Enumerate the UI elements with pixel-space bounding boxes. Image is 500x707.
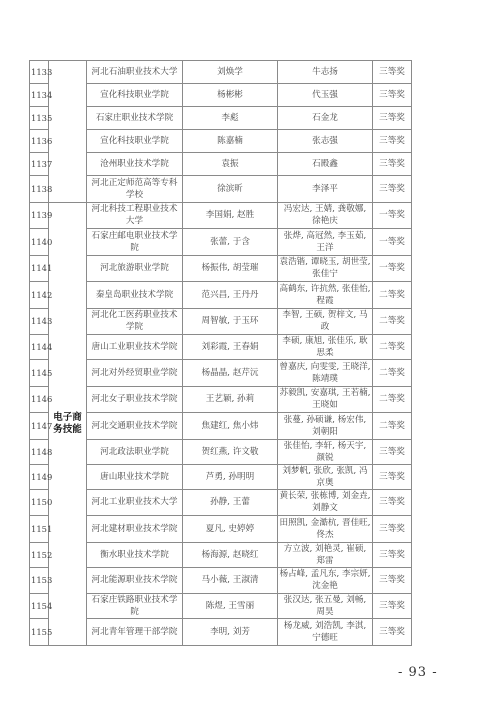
category-cell-empty (49, 61, 87, 203)
students-cell: 李智, 王硕, 贺梓文, 马政 (278, 308, 373, 335)
table-row: 1145 河北对外经贸职业学院 杨晶晶, 赵芹沅 曾嘉庆, 向雯雯, 王晓洋, … (30, 360, 412, 387)
award-cell: 三等奖 (373, 61, 412, 84)
row-id: 1148 (30, 439, 49, 464)
students-cell: 张烨, 高冠然, 李玉茹, 王洋 (278, 229, 373, 256)
row-id: 1143 (30, 308, 49, 335)
award-cell: 三等奖 (373, 619, 412, 646)
table-row: 1135 石家庄职业技术学院 李彪 石金龙 三等奖 (30, 107, 412, 130)
advisors-cell: 李明, 刘芳 (183, 619, 278, 646)
students-cell: 田照凯, 金澔杭, 晋佳旺, 佟杰 (278, 516, 373, 543)
award-cell: 二等奖 (373, 360, 412, 387)
page-number: - 93 - (398, 665, 438, 680)
advisors-cell: 芦勇, 孙明明 (183, 464, 278, 489)
row-id: 1146 (30, 386, 49, 413)
advisors-cell: 杨振伟, 胡莹璀 (183, 255, 278, 282)
school-cell: 秦皇岛职业技术学院 (87, 282, 183, 309)
advisors-cell: 杨晶晶, 赵芹沅 (183, 360, 278, 387)
row-id: 1140 (30, 229, 49, 256)
award-cell: 一等奖 (373, 229, 412, 256)
award-cell: 一等奖 (373, 255, 412, 282)
students-cell: 苏毅凯, 安嘉琪, 王若楠, 王晓如 (278, 386, 373, 413)
table-row: 1146 河北女子职业技术学院 王艺颖, 孙莉 苏毅凯, 安嘉琪, 王若楠, 王… (30, 386, 412, 413)
school-cell: 沧州职业技术学院 (87, 153, 183, 176)
students-cell: 石金龙 (278, 107, 373, 130)
school-cell: 河北交通职业技术学院 (87, 413, 183, 440)
row-id: 1144 (30, 335, 49, 360)
students-cell: 张汉达, 张五曼, 刘畅, 周昊 (278, 594, 373, 619)
row-id: 1147 (30, 413, 49, 440)
students-cell: 张佳怡, 李轩, 杨天宇, 颜锐 (278, 439, 373, 464)
school-cell: 河北石油职业技术大学 (87, 61, 183, 84)
advisors-cell: 周智敏, 于玉环 (183, 308, 278, 335)
award-cell: 三等奖 (373, 130, 412, 153)
table-row: 1137 沧州职业技术学院 袁振 石殿鑫 三等奖 (30, 153, 412, 176)
row-id: 1154 (30, 594, 49, 619)
award-cell: 二等奖 (373, 282, 412, 309)
students-cell: 李硕, 康旭, 张佳乐, 耿思柔 (278, 335, 373, 360)
row-id: 1137 (30, 153, 49, 176)
students-cell: 刘梦帆, 张欣, 张凯, 冯京奥 (278, 464, 373, 489)
award-cell: 二等奖 (373, 413, 412, 440)
advisors-cell: 刘焕学 (183, 61, 278, 84)
table-row: 1141 河北旅游职业学院 杨振伟, 胡莹璀 袁浩锴, 谭晓玉, 胡世莹, 张佳… (30, 255, 412, 282)
award-cell: 三等奖 (373, 567, 412, 594)
table-row: 1144 唐山工业职业技术学院 刘彩霞, 王春娟 李硕, 康旭, 张佳乐, 耿思… (30, 335, 412, 360)
students-cell: 方立波, 刘艳灵, 崔硕, 郑雷 (278, 542, 373, 567)
school-cell: 宣化科技职业学院 (87, 84, 183, 107)
advisors-cell: 王艺颖, 孙莉 (183, 386, 278, 413)
advisors-cell: 袁振 (183, 153, 278, 176)
table-row: 1148 河北政法职业学院 贺红燕, 许文敬 张佳怡, 李轩, 杨天宇, 颜锐 … (30, 439, 412, 464)
advisors-cell: 李国娟, 赵胜 (183, 202, 278, 229)
school-cell: 石家庄邮电职业技术学院 (87, 229, 183, 256)
row-id: 1134 (30, 84, 49, 107)
award-cell: 二等奖 (373, 386, 412, 413)
table-row: 1149 唐山职业技术学院 芦勇, 孙明明 刘梦帆, 张欣, 张凯, 冯京奥 三… (30, 464, 412, 489)
students-cell: 袁浩锴, 谭晓玉, 胡世莹, 张佳宁 (278, 255, 373, 282)
advisors-cell: 徐滨昕 (183, 176, 278, 203)
award-cell: 三等奖 (373, 464, 412, 489)
school-cell: 唐山工业职业技术学院 (87, 335, 183, 360)
award-cell: 二等奖 (373, 308, 412, 335)
table-row: 1140 石家庄邮电职业技术学院 张蕾, 于含 张烨, 高冠然, 李玉茹, 王洋… (30, 229, 412, 256)
advisors-cell: 贺红燕, 许文敬 (183, 439, 278, 464)
advisors-cell: 范兴昌, 王丹丹 (183, 282, 278, 309)
row-id: 1133 (30, 61, 49, 84)
students-cell: 牛志扬 (278, 61, 373, 84)
students-cell: 石殿鑫 (278, 153, 373, 176)
school-cell: 河北旅游职业学院 (87, 255, 183, 282)
table-row: 1155 河北青年管理干部学院 李明, 刘芳 杨龙威, 刘浩凯, 李淇, 宁德旺… (30, 619, 412, 646)
school-cell: 河北工业职业技术大学 (87, 489, 183, 516)
awards-table: 1133 河北石油职业技术大学 刘焕学 牛志扬 三等奖 1134 宣化科技职业学… (29, 60, 412, 646)
students-cell: 李泽平 (278, 176, 373, 203)
award-cell: 三等奖 (373, 84, 412, 107)
students-cell: 黄长荣, 张栋博, 刘金垚, 刘静文 (278, 489, 373, 516)
award-cell: 三等奖 (373, 439, 412, 464)
award-cell: 三等奖 (373, 153, 412, 176)
school-cell: 石家庄职业技术学院 (87, 107, 183, 130)
school-cell: 衡水职业技术学院 (87, 542, 183, 567)
table-row: 1152 衡水职业技术学院 杨海源, 赵晓红 方立波, 刘艳灵, 崔硕, 郑雷 … (30, 542, 412, 567)
school-cell: 河北能源职业技术学院 (87, 567, 183, 594)
row-id: 1141 (30, 255, 49, 282)
advisors-cell: 夏凡, 史婷婷 (183, 516, 278, 543)
table-row: 1138 河北正定师范高等专科学校 徐滨昕 李泽平 三等奖 (30, 176, 412, 203)
award-cell: 二等奖 (373, 335, 412, 360)
table-row: 1143 河北化工医药职业技术学院 周智敏, 于玉环 李智, 王硕, 贺梓文, … (30, 308, 412, 335)
table-row: 1139 电子商务技能 河北科技工程职业技术大学 李国娟, 赵胜 冯宏达, 王婧… (30, 202, 412, 229)
row-id: 1142 (30, 282, 49, 309)
school-cell: 河北化工医药职业技术学院 (87, 308, 183, 335)
table-row: 1154 石家庄铁路职业技术学院 陈煜, 王雪丽 张汉达, 张五曼, 刘畅, 周… (30, 594, 412, 619)
students-cell: 张志强 (278, 130, 373, 153)
row-id: 1139 (30, 202, 49, 229)
row-id: 1149 (30, 464, 49, 489)
row-id: 1151 (30, 516, 49, 543)
table-row: 1150 河北工业职业技术大学 孙静, 王蕾 黄长荣, 张栋博, 刘金垚, 刘静… (30, 489, 412, 516)
award-cell: 一等奖 (373, 202, 412, 229)
school-cell: 宣化科技职业学院 (87, 130, 183, 153)
advisors-cell: 刘彩霞, 王春娟 (183, 335, 278, 360)
advisors-cell: 孙静, 王蕾 (183, 489, 278, 516)
advisors-cell: 马小薇, 王淑清 (183, 567, 278, 594)
row-id: 1135 (30, 107, 49, 130)
school-cell: 河北正定师范高等专科学校 (87, 176, 183, 203)
advisors-cell: 陈嘉楠 (183, 130, 278, 153)
row-id: 1136 (30, 130, 49, 153)
school-cell: 唐山职业技术学院 (87, 464, 183, 489)
row-id: 1155 (30, 619, 49, 646)
row-id: 1138 (30, 176, 49, 203)
table-row: 1136 宣化科技职业学院 陈嘉楠 张志强 三等奖 (30, 130, 412, 153)
advisors-cell: 陈煜, 王雪丽 (183, 594, 278, 619)
award-cell: 三等奖 (373, 542, 412, 567)
students-cell: 杨占峰, 孟凡东, 李宗妍, 沈金艳 (278, 567, 373, 594)
award-cell: 三等奖 (373, 176, 412, 203)
advisors-cell: 杨海源, 赵晓红 (183, 542, 278, 567)
students-cell: 杨龙威, 刘浩凯, 李淇, 宁德旺 (278, 619, 373, 646)
table-row: 1153 河北能源职业技术学院 马小薇, 王淑清 杨占峰, 孟凡东, 李宗妍, … (30, 567, 412, 594)
school-cell: 河北女子职业技术学院 (87, 386, 183, 413)
advisors-cell: 张蕾, 于含 (183, 229, 278, 256)
advisors-cell: 李彪 (183, 107, 278, 130)
advisors-cell: 焦建红, 焦小炜 (183, 413, 278, 440)
students-cell: 代玉强 (278, 84, 373, 107)
table-row: 1133 河北石油职业技术大学 刘焕学 牛志扬 三等奖 (30, 61, 412, 84)
award-cell: 三等奖 (373, 516, 412, 543)
category-cell: 电子商务技能 (49, 202, 87, 645)
school-cell: 河北政法职业学院 (87, 439, 183, 464)
students-cell: 张蔓, 孙硕谦, 杨宏伟, 刘朝阳 (278, 413, 373, 440)
school-cell: 河北科技工程职业技术大学 (87, 202, 183, 229)
table-row: 1142 秦皇岛职业技术学院 范兴昌, 王丹丹 高鹤东, 许抗然, 张佳怡, 程… (30, 282, 412, 309)
students-cell: 高鹤东, 许抗然, 张佳怡, 程霞 (278, 282, 373, 309)
row-id: 1150 (30, 489, 49, 516)
row-id: 1152 (30, 542, 49, 567)
table-row: 1151 河北建材职业技术学院 夏凡, 史婷婷 田照凯, 金澔杭, 晋佳旺, 佟… (30, 516, 412, 543)
row-id: 1153 (30, 567, 49, 594)
row-id: 1145 (30, 360, 49, 387)
award-cell: 三等奖 (373, 489, 412, 516)
students-cell: 曾嘉庆, 向雯雯, 王晓洋, 陈靖璞 (278, 360, 373, 387)
school-cell: 石家庄铁路职业技术学院 (87, 594, 183, 619)
school-cell: 河北对外经贸职业学院 (87, 360, 183, 387)
award-cell: 三等奖 (373, 107, 412, 130)
award-cell: 三等奖 (373, 594, 412, 619)
advisors-cell: 杨彬彬 (183, 84, 278, 107)
table-row: 1147 河北交通职业技术学院 焦建红, 焦小炜 张蔓, 孙硕谦, 杨宏伟, 刘… (30, 413, 412, 440)
school-cell: 河北建材职业技术学院 (87, 516, 183, 543)
table-row: 1134 宣化科技职业学院 杨彬彬 代玉强 三等奖 (30, 84, 412, 107)
school-cell: 河北青年管理干部学院 (87, 619, 183, 646)
students-cell: 冯宏达, 王婧, 龚敬娜, 徐艳庆 (278, 202, 373, 229)
